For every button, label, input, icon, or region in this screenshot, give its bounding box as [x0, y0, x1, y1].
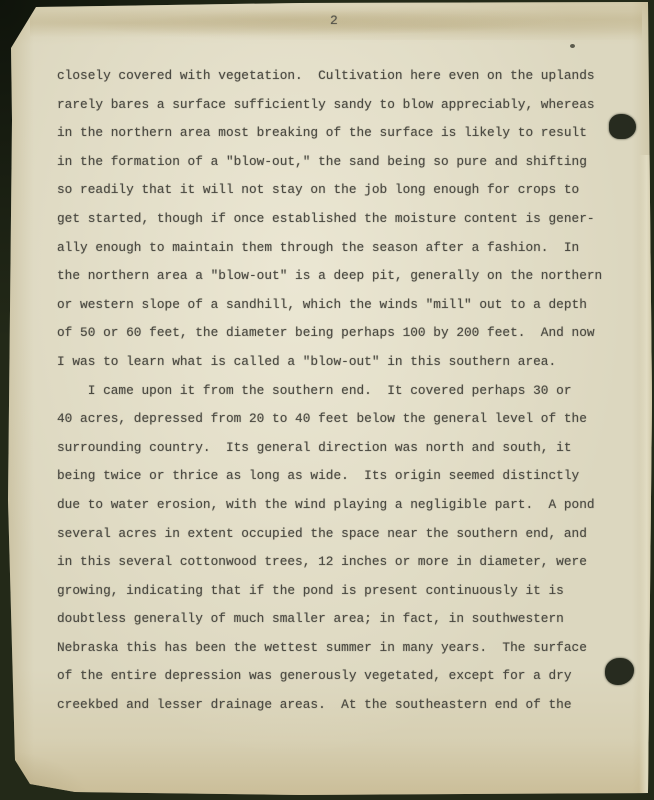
- text-line: growing, indicating that if the pond is …: [57, 577, 632, 606]
- text-line: closely covered with vegetation. Cultiva…: [57, 62, 632, 91]
- text-line: surrounding country. Its general directi…: [57, 434, 632, 463]
- text-line: in the northern area most breaking of th…: [57, 119, 632, 148]
- text-line: I was to learn what is called a "blow-ou…: [57, 348, 632, 377]
- text-line: in this several cottonwood trees, 12 inc…: [57, 548, 632, 577]
- text-line: due to water erosion, with the wind play…: [57, 491, 632, 520]
- text-line: the northern area a "blow-out" is a deep…: [57, 262, 632, 291]
- document-page: 2 closely covered with vegetation. Culti…: [0, 0, 654, 800]
- text-line: of the entire depression was generously …: [57, 662, 632, 691]
- corner-shadow: [0, 750, 90, 800]
- underlying-sheet-edge: [639, 155, 652, 796]
- text-line: creekbed and lesser drainage areas. At t…: [57, 691, 632, 720]
- text-line: ally enough to maintain them through the…: [57, 234, 632, 263]
- text-line: being twice or thrice as long as wide. I…: [57, 462, 632, 491]
- text-line: several acres in extent occupied the spa…: [57, 520, 632, 549]
- text-line: doubtless generally of much smaller area…: [57, 605, 632, 634]
- text-line: so readily that it will not stay on the …: [57, 176, 632, 205]
- page-number: 2: [330, 13, 338, 28]
- text-line: of 50 or 60 feet, the diameter being per…: [57, 319, 632, 348]
- text-line: rarely bares a surface sufficiently sand…: [57, 91, 632, 120]
- text-line: 40 acres, depressed from 20 to 40 feet b…: [57, 405, 632, 434]
- scan-background: 2 closely covered with vegetation. Culti…: [0, 0, 654, 800]
- text-line: or western slope of a sandhill, which th…: [57, 291, 632, 320]
- text-line: Nebraska this has been the wettest summe…: [57, 634, 632, 663]
- text-line: in the formation of a "blow-out," the sa…: [57, 148, 632, 177]
- text-line: get started, though if once established …: [57, 205, 632, 234]
- ink-speck: [570, 44, 575, 48]
- text-line: I came upon it from the southern end. It…: [57, 377, 632, 406]
- punch-hole-top: [609, 114, 636, 139]
- typed-text-block: closely covered with vegetation. Cultiva…: [57, 62, 632, 720]
